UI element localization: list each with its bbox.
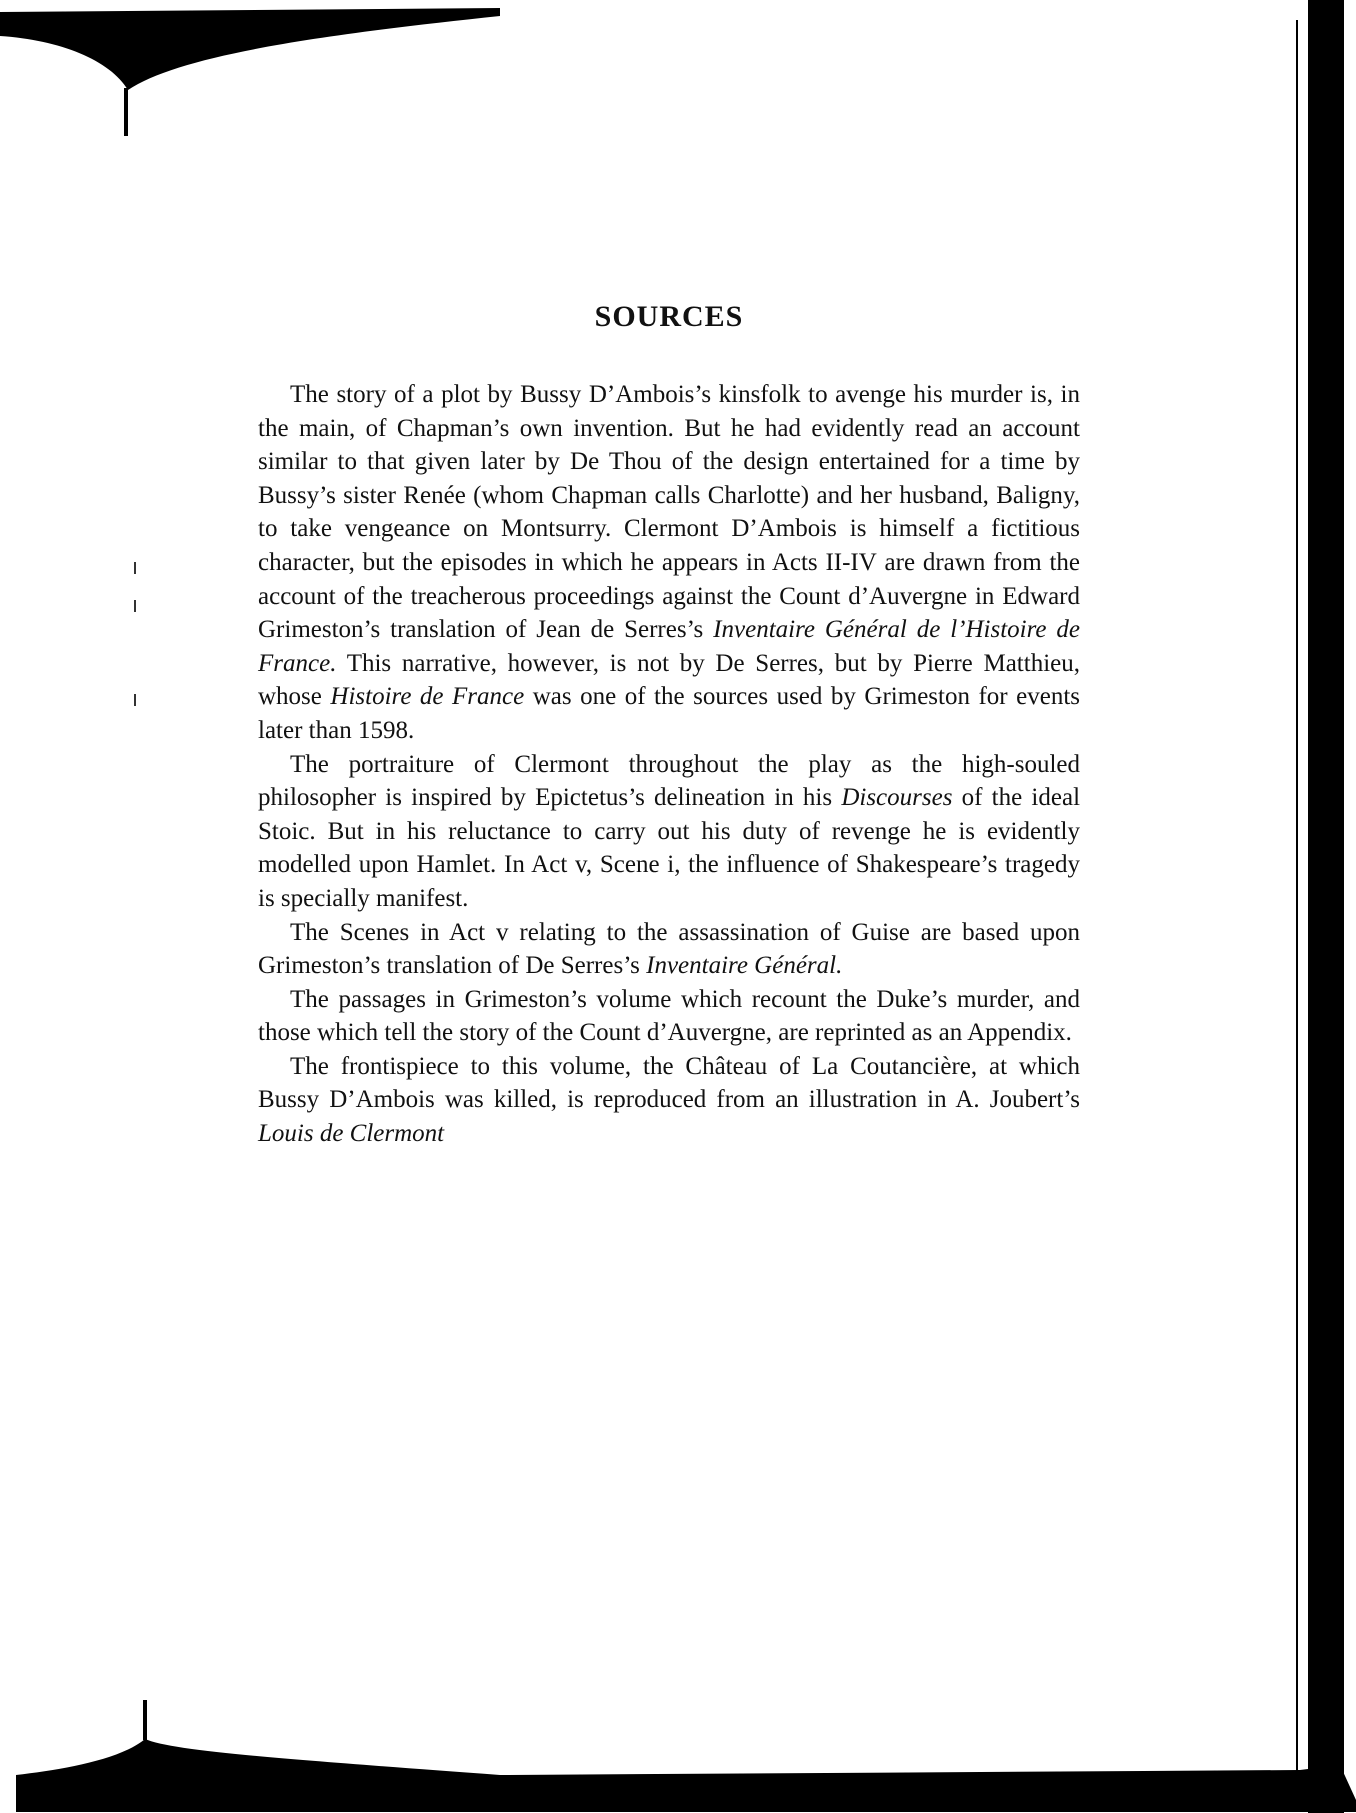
work-title: Histoire de France — [330, 683, 524, 710]
paragraph-1: The story of a plot by Bussy D’Ambois’s … — [258, 378, 1080, 748]
paragraph-2: The portraiture of Clermont throughout t… — [258, 748, 1080, 916]
paragraph-4: The passages in Grimeston’s volume which… — [258, 983, 1080, 1050]
act-numerals: II-IV — [825, 549, 876, 576]
margin-mark — [134, 694, 136, 706]
work-title: Discourses — [841, 784, 952, 811]
scan-edge-line-right — [1296, 20, 1298, 1800]
scan-shadow-bottom — [0, 1700, 1356, 1813]
text-run: The frontispiece to this volume, the Châ… — [258, 1053, 1080, 1114]
scan-shadow-right — [1308, 0, 1344, 1813]
page-title: SOURCES — [258, 300, 1080, 334]
document-page: SOURCES The story of a plot by Bussy D’A… — [258, 300, 1080, 1151]
margin-mark — [134, 600, 136, 612]
margin-mark — [134, 562, 136, 574]
scan-shadow-top — [0, 0, 1356, 140]
text-run: The story of a plot by Bussy D’Ambois’s … — [258, 381, 1080, 576]
paragraph-5: The frontispiece to this volume, the Châ… — [258, 1050, 1080, 1151]
work-title: Inventaire Général. — [646, 952, 842, 979]
text-run: The passages in Grimeston’s volume which… — [258, 986, 1080, 1047]
paragraph-3: The Scenes in Act v relating to the assa… — [258, 916, 1080, 983]
work-title: Louis de Clermont — [258, 1120, 444, 1147]
